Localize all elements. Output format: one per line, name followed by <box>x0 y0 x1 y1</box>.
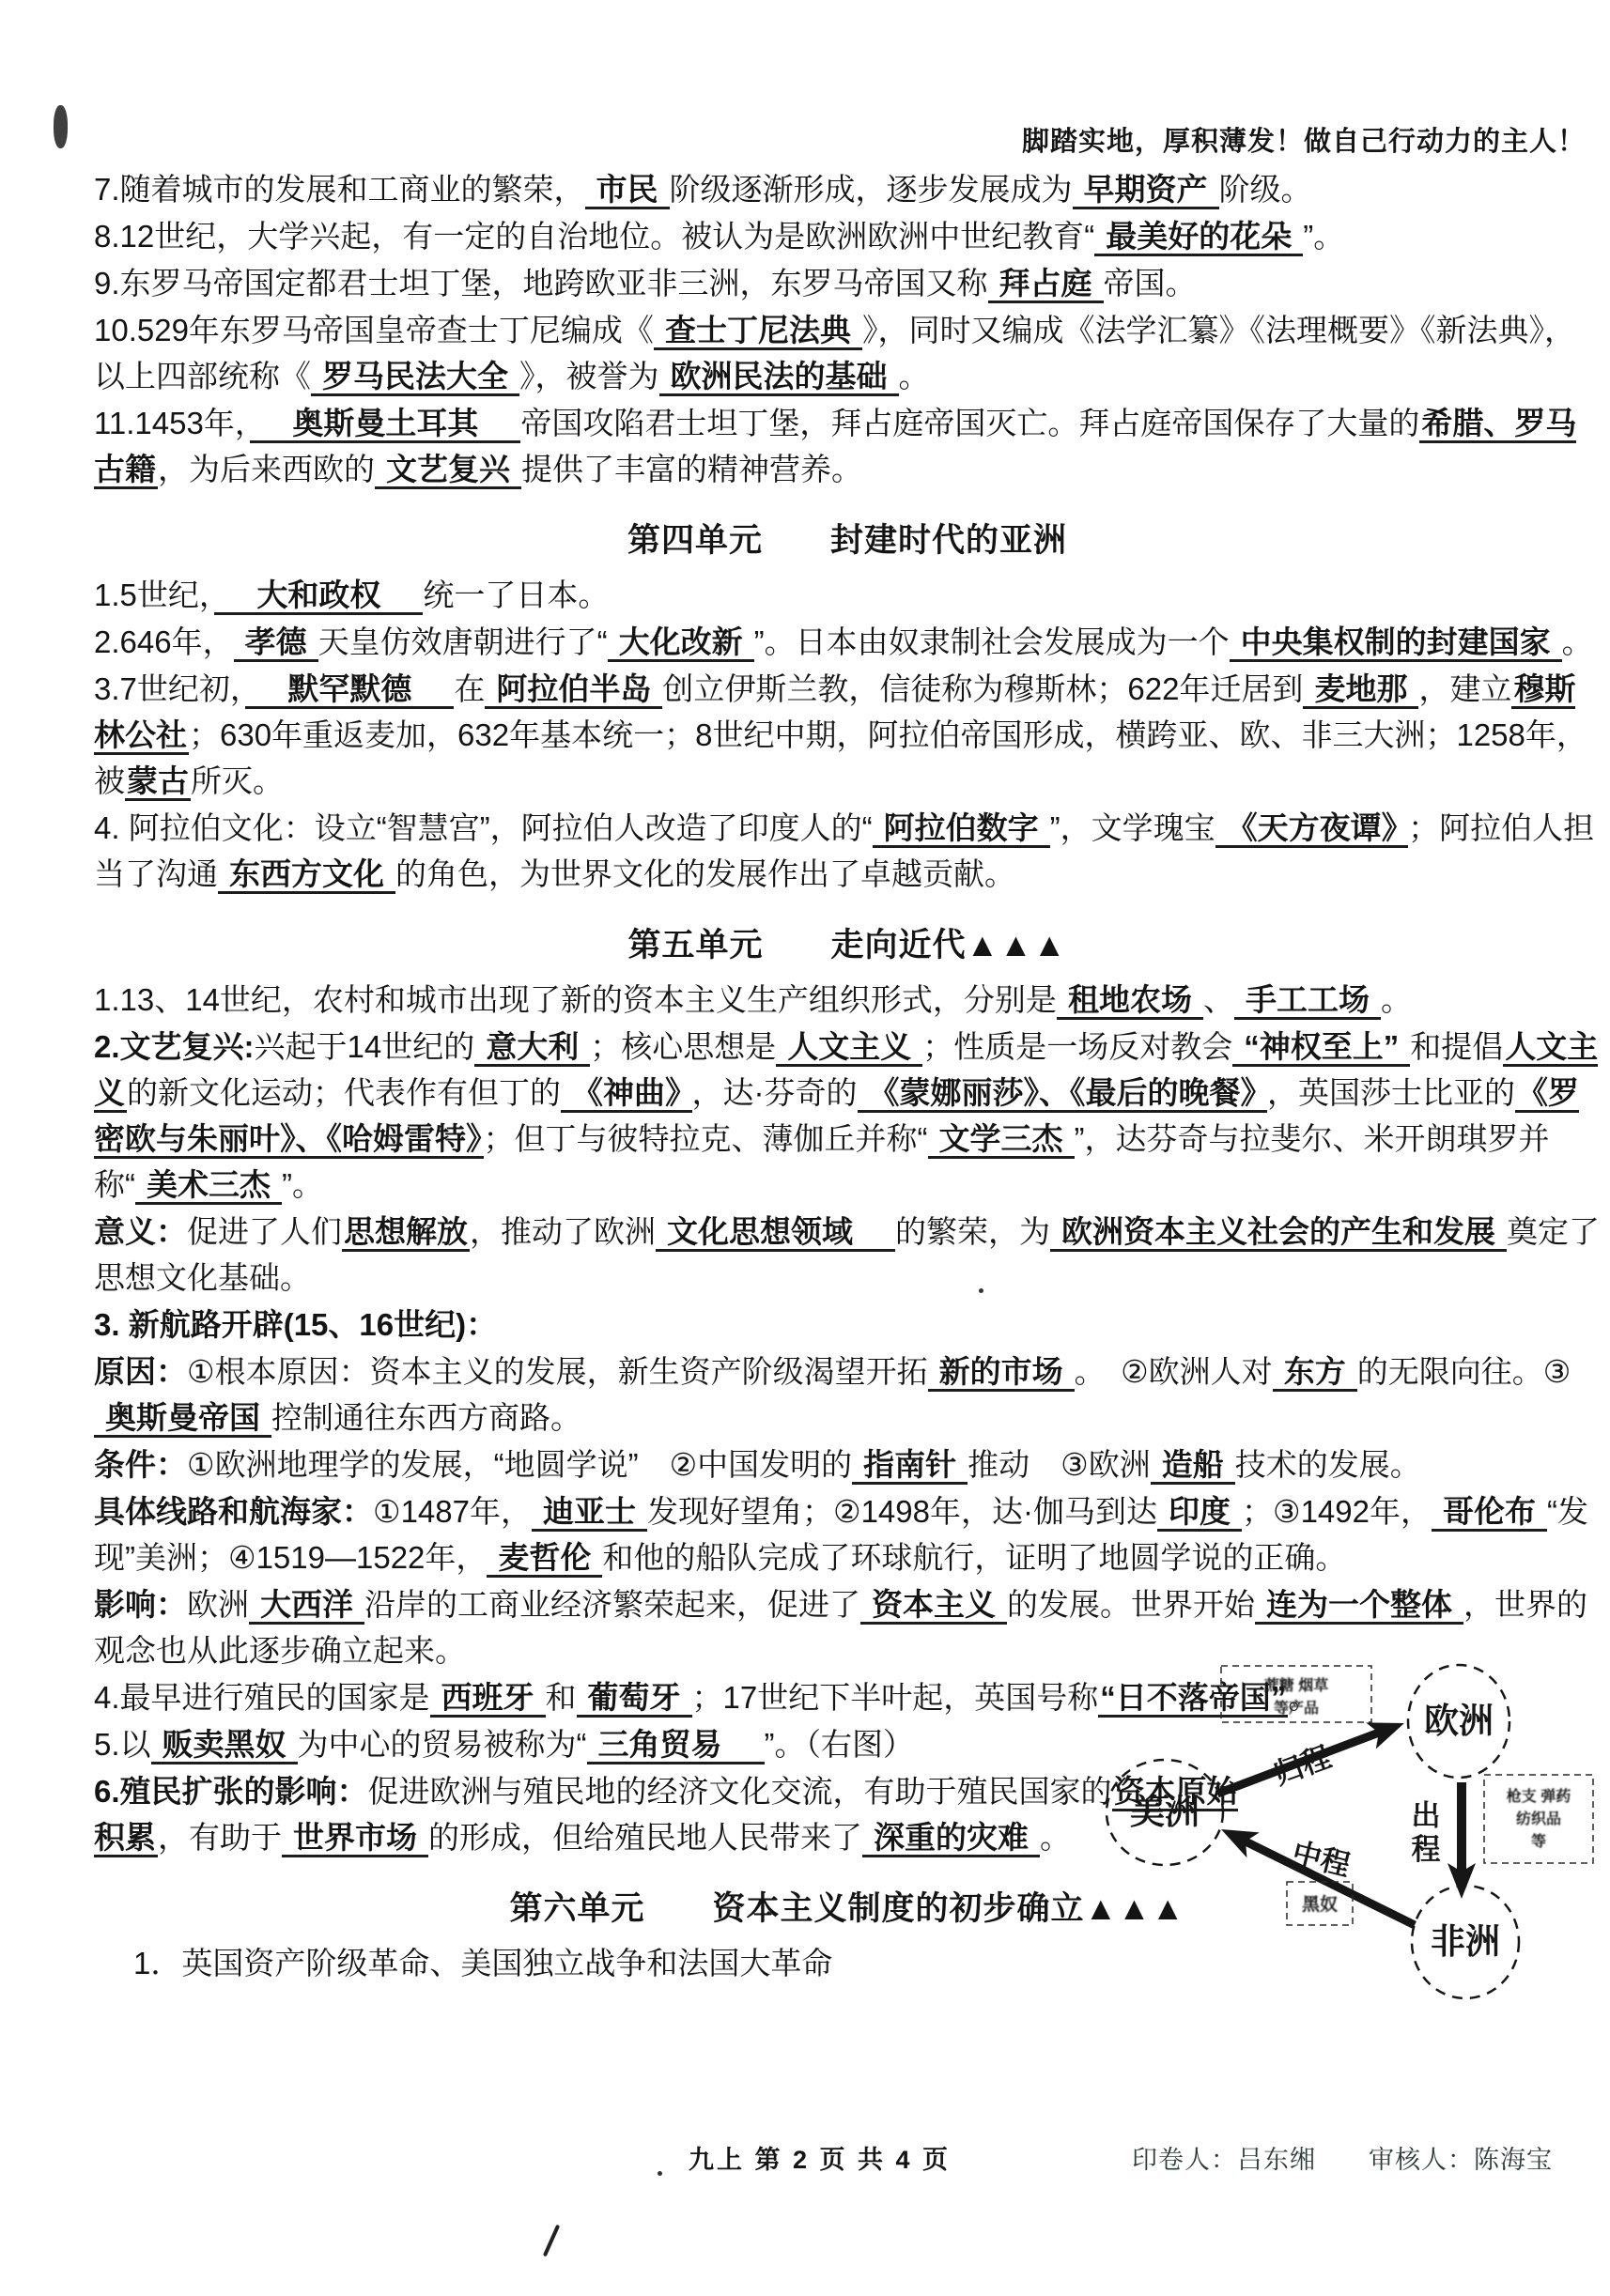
filled-blank: 奥斯曼帝国 <box>94 1400 271 1438</box>
text-run: ，建立 <box>1418 671 1511 706</box>
text-run: 提供了丰富的精神营养。 <box>521 452 862 486</box>
text-run: 的新文化运动；代表作有但丁的 <box>127 1075 561 1110</box>
filled-blank: 美术三杰 <box>135 1167 282 1205</box>
text-run: 欧洲 <box>187 1587 249 1622</box>
filled-blank: 奥斯曼土耳其 <box>250 406 520 443</box>
text-run: 。 <box>1381 982 1412 1017</box>
filled-blank: 迪亚士 <box>532 1494 647 1532</box>
text-run: 9.东罗马帝国定都君士坦丁堡，地跨欧亚非三洲，东罗马帝国又称 <box>94 266 988 300</box>
filled-blank: 西班牙 <box>430 1680 546 1718</box>
text-run: 促进了人们 <box>187 1214 342 1249</box>
text-run: 具体线路和航海家： <box>94 1494 373 1529</box>
text-run: 殖民扩张的影响： <box>120 1774 368 1809</box>
filled-blank: 蒙古 <box>125 763 191 801</box>
filled-blank: 市民 <box>585 172 670 209</box>
text-run: 4. 阿拉伯文化：设立“智慧宫”，阿拉伯人改造了印度人的“ <box>94 810 873 845</box>
filled-blank: 哥伦布 <box>1432 1494 1547 1532</box>
filled-blank: 欧洲资本主义社会的产生和发展 <box>1050 1214 1507 1252</box>
filled-blank: 意大利 <box>474 1029 590 1067</box>
text-run: 3.7世纪初， <box>94 671 245 706</box>
text-run: 1.5世纪， <box>94 578 214 612</box>
filled-blank: 租地农场 <box>1057 982 1203 1020</box>
return-leg-arrowhead <box>1366 1710 1409 1749</box>
text-run: 条件： <box>94 1447 187 1482</box>
text-run: ”。 <box>282 1167 323 1202</box>
filled-blank: 新的市场 <box>928 1354 1075 1392</box>
text-run: 》，被誉为 <box>519 359 659 393</box>
filled-blank: 东方 <box>1273 1354 1357 1392</box>
text-run: 2. <box>94 1029 120 1064</box>
filled-blank: 麦哲伦 <box>487 1540 602 1578</box>
text-run: 阶级。 <box>1219 172 1312 207</box>
filled-blank: 默罕默德 <box>245 671 454 709</box>
scan-edge-smudge <box>54 105 68 148</box>
filled-blank: 《天方夜谭》 <box>1215 810 1409 848</box>
middle-leg-label: 中程 <box>1289 1836 1354 1882</box>
filled-blank: 手工工场 <box>1234 982 1381 1020</box>
text-run: 统一了日本。 <box>423 578 609 612</box>
text-run: 文艺复兴: <box>120 1029 255 1064</box>
filled-blank: 大化改新 <box>608 624 754 662</box>
section-heading: 第四单元 封建时代的亚洲 <box>94 517 1601 563</box>
text-run: 推动 ③欧洲 <box>968 1447 1151 1482</box>
text-run: ， <box>158 1820 189 1855</box>
filled-blank: 人文主义 <box>776 1029 922 1067</box>
text-run: 新航路开辟(15、16世纪)： <box>129 1307 497 1342</box>
paragraph: 10.529年东罗马帝国皇帝查士丁尼编成《查士丁尼法典》，同时又编成《法学汇纂》… <box>94 307 1601 399</box>
return-leg-goods-line2: 等产品 <box>1274 1699 1319 1717</box>
paragraph: 原因：①根本原因：资本主义的发展，新生资产阶级渴望开拓新的市场。 ②欧洲人对东方… <box>94 1348 1601 1441</box>
text-run: ”。日本由奴隶制社会发展成为一个 <box>754 624 1230 659</box>
text-run: 和提倡 <box>1410 1029 1503 1064</box>
text-run: 。 <box>899 359 930 393</box>
text-run: 1．英国资产阶级革命、美国独立战争和法国大革命 <box>133 1946 832 1980</box>
text-run: 。 ②欧洲人对 <box>1075 1354 1273 1389</box>
filled-blank: 贩卖黑奴 <box>151 1727 298 1764</box>
paragraph: 8.12世纪，大学兴起，有一定的自治地位。被认为是欧洲欧洲中世纪教育“最美好的花… <box>94 213 1601 259</box>
text-run: ；③1492年， <box>1242 1494 1432 1529</box>
text-run: 的形成，但给殖民地人民带来了 <box>428 1820 862 1855</box>
filled-blank: 文化思想领域 <box>656 1214 895 1252</box>
paragraph: 11.1453年， 奥斯曼土耳其 帝国攻陷君士坦丁堡，拜占庭帝国灭亡。拜占庭帝国… <box>94 400 1601 492</box>
text-run: ，达·芬奇的 <box>692 1075 858 1110</box>
text-run: 11.1453年， <box>94 406 250 440</box>
text-run: 在 <box>454 671 485 706</box>
text-run: ，英国莎士比亚的 <box>1267 1075 1515 1110</box>
return-leg-goods-line1: 蔗糖 烟草 <box>1264 1676 1328 1694</box>
paragraph: 7.随着城市的发展和工商业的繁荣，市民阶级逐渐形成，逐步发展成为早期资产阶级。 <box>94 166 1601 212</box>
text-run: ，为后来西欧的 <box>158 452 375 486</box>
text-run: 的角色，为世界文化的发展作出了卓越贡献。 <box>395 856 1015 891</box>
filled-blank: 文学三杰 <box>928 1121 1075 1159</box>
filled-blank: 东西方文化 <box>218 856 395 894</box>
americas-node-label: 美洲 <box>1130 1793 1200 1831</box>
filled-blank: 孝德 <box>234 624 318 662</box>
filled-blank: 葡萄牙 <box>577 1680 692 1718</box>
africa-node-label: 非洲 <box>1431 1922 1500 1961</box>
paragraph: 意义：促进了人们思想解放，推动了欧洲文化思想领域 的繁荣，为欧洲资本主义社会的产… <box>94 1209 1601 1301</box>
text-run: 7.随着城市的发展和工商业的繁荣， <box>94 172 585 207</box>
filled-blank: 阿拉伯半岛 <box>485 671 662 709</box>
text-run: 的无限向往。③ <box>1357 1354 1571 1389</box>
paragraph: 3. 新航路开辟(15、16世纪)： <box>94 1302 1601 1348</box>
filled-blank: “神权至上” <box>1232 1029 1410 1067</box>
text-run: 技术的发展。 <box>1235 1447 1421 1482</box>
filled-blank: 指南针 <box>852 1447 968 1485</box>
filled-blank: 造船 <box>1151 1447 1235 1485</box>
paragraph: 条件：①欧洲地理学的发展，“地圆学说” ②中国发明的指南针推动 ③欧洲造船技术的… <box>94 1441 1601 1487</box>
text-run: 发现好望角；②1498年，达·伽马到达 <box>647 1494 1157 1529</box>
text-run: 创立伊斯兰教，信徒称为穆斯林；622年迁居到 <box>662 671 1303 706</box>
text-run: 5.以 <box>94 1727 151 1762</box>
filled-blank: 文艺复兴 <box>375 452 521 489</box>
paragraph: 4. 阿拉伯文化：设立“智慧宫”，阿拉伯人改造了印度人的“阿拉伯数字”，文学瑰宝… <box>94 805 1601 897</box>
text-run: ，推动了欧洲 <box>470 1214 656 1249</box>
text-run: 帝国攻陷君士坦丁堡，拜占庭帝国灭亡。拜占庭帝国保存了大量的 <box>520 406 1419 440</box>
text-run: ”。 <box>1303 219 1344 254</box>
filled-blank: 阿拉伯数字 <box>873 810 1050 848</box>
filled-blank: 大和政权 <box>214 578 423 615</box>
text-run: 的繁荣，为 <box>895 1214 1050 1249</box>
text-run: 。 <box>1562 624 1593 659</box>
text-run: ”。（右图） <box>765 1727 915 1762</box>
filled-blank: 查士丁尼法典 <box>654 313 862 350</box>
text-run: 影响： <box>94 1587 187 1622</box>
ink-dot <box>979 1288 983 1293</box>
filled-blank: 大西洋 <box>249 1587 364 1625</box>
filled-blank: 《神曲》 <box>561 1075 692 1113</box>
outbound-leg-label-char1: 出 <box>1412 1799 1441 1832</box>
triangular-trade-diagram: 欧洲 美洲 非洲 归程 蔗糖 烟草 等产品 出 程 枪支 弹药 纺织品 等 中程… <box>984 1576 1610 2102</box>
text-run: 8.12世纪，大学兴起，有一定的自治地位。被认为是欧洲欧洲中世纪教育“ <box>94 219 1094 254</box>
text-run: ①欧洲地理学的发展，“地圆学说” ②中国发明的 <box>187 1447 852 1482</box>
paragraph: 1.13、14世纪，农村和城市出现了新的资本主义生产组织形式，分别是租地农场、手… <box>94 977 1601 1023</box>
filled-blank: 早期资产 <box>1073 172 1219 209</box>
middle-leg-arrowhead <box>1215 1817 1259 1858</box>
text-run: 和他的船队完成了环球航行，证明了地圆学说的正确。 <box>602 1540 1346 1575</box>
text-run: 意义： <box>94 1214 187 1249</box>
text-run: ；核心思想是 <box>590 1029 776 1064</box>
text-run: 天皇仿效唐朝进行了“ <box>318 624 608 659</box>
filled-blank: 三角贸易 <box>587 1727 765 1764</box>
middle-leg-goods-line1: 黑奴 <box>1302 1893 1339 1915</box>
text-run: 原因： <box>94 1354 187 1389</box>
outbound-leg-goods-line3: 等 <box>1531 1832 1546 1850</box>
europe-node-label: 欧洲 <box>1424 1702 1494 1740</box>
text-run: 3. <box>94 1307 129 1342</box>
text-run: ；性质是一场反对教会 <box>922 1029 1232 1064</box>
text-run: 、 <box>1203 982 1234 1017</box>
text-run: 沿岸的工商业经济繁荣起来，促进了 <box>364 1587 860 1622</box>
text-run: ①1487年， <box>373 1494 532 1529</box>
filled-blank: 思想解放 <box>342 1214 470 1252</box>
text-run: ①根本原因：资本主义的发展，新生资产阶级渴望开拓 <box>187 1354 928 1389</box>
text-run: 兴起于14世纪的 <box>255 1029 475 1064</box>
filled-blank: 拜占庭 <box>988 266 1104 303</box>
text-run: 阶级逐渐形成，逐步发展成为 <box>670 172 1073 207</box>
text-run: 6. <box>94 1774 120 1809</box>
footer-credits: 印卷人：吕东缃 审核人：陈海宝 <box>1132 2139 1553 2176</box>
return-leg-label: 归程 <box>1269 1740 1335 1791</box>
filled-blank: 最美好的花朵 <box>1094 219 1303 256</box>
text-run: 为中心的贸易被称为“ <box>298 1727 587 1762</box>
filled-blank: 印度 <box>1157 1494 1242 1532</box>
text-run: 帝国。 <box>1104 266 1197 300</box>
page-number: 九上 第 2 页 共 4 页 <box>689 2139 951 2176</box>
text-run: 和 <box>546 1680 577 1715</box>
paragraph: 3.7世纪初， 默罕默德 在阿拉伯半岛创立伊斯兰教，信徒称为穆斯林；622年迁居… <box>94 666 1601 804</box>
text-run: 2.646年， <box>94 624 234 659</box>
text-run: 1.13、14世纪，农村和城市出现了新的资本主义生产组织形式，分别是 <box>94 982 1057 1017</box>
paragraph: 1.5世纪， 大和政权 统一了日本。 <box>94 572 1601 618</box>
paragraph: 2.文艺复兴:兴起于14世纪的意大利；核心思想是人文主义；性质是一场反对教会“神… <box>94 1024 1601 1208</box>
pen-mark <box>543 2225 560 2257</box>
text-run: 4.最早进行殖民的国家是 <box>94 1680 430 1715</box>
text-run: ；630年重返麦加，632年基本统一；8世纪中期，阿拉伯帝国形成，横跨亚、欧、非… <box>94 717 1587 798</box>
outbound-leg-label-char2: 程 <box>1412 1833 1441 1866</box>
paragraph: 具体线路和航海家：①1487年，迪亚士发现好望角；②1498年，达·伽马到达印度… <box>94 1488 1601 1580</box>
header-slogan: 脚踏实地，厚积薄发！做自己行动力的主人！ <box>1022 120 1586 159</box>
text-run: 所灭。 <box>191 763 284 798</box>
filled-blank: 罗马民法大全 <box>311 359 519 396</box>
filled-blank: 《蒙娜丽莎》、《最后的晚餐》 <box>858 1075 1268 1113</box>
filled-blank: 世界市场 <box>282 1820 428 1857</box>
filled-blank: 欧洲民法的基础 <box>659 359 899 396</box>
scanned-study-sheet-page: 脚踏实地，厚积薄发！做自己行动力的主人！ 7.随着城市的发展和工商业的繁荣，市民… <box>0 0 1610 2296</box>
filled-blank: 中央集权制的封建国家 <box>1230 624 1562 662</box>
section-heading: 第五单元 走向近代▲▲▲ <box>94 922 1601 968</box>
paragraph: 9.东罗马帝国定都君士坦丁堡，地跨欧亚非三洲，东罗马帝国又称拜占庭帝国。 <box>94 260 1601 306</box>
text-run: ；但丁与彼特拉克、薄伽丘并称“ <box>484 1121 928 1156</box>
text-run: 控制通往东西方商路。 <box>271 1400 581 1435</box>
paragraph: 2.646年，孝德天皇仿效唐朝进行了“大化改新”。日本由奴隶制社会发展成为一个中… <box>94 619 1601 665</box>
text-run: 10.529年东罗马帝国皇帝查士丁尼编成《 <box>94 313 654 347</box>
outbound-leg-goods-line1: 枪支 弹药 <box>1506 1787 1571 1805</box>
ink-dot <box>658 2171 662 2176</box>
filled-blank: 麦地那 <box>1303 671 1418 709</box>
text-run: ”，文学瑰宝 <box>1050 810 1215 845</box>
text-run: 有助于 <box>189 1820 282 1855</box>
outbound-leg-goods-line2: 纺织品 <box>1516 1810 1561 1827</box>
